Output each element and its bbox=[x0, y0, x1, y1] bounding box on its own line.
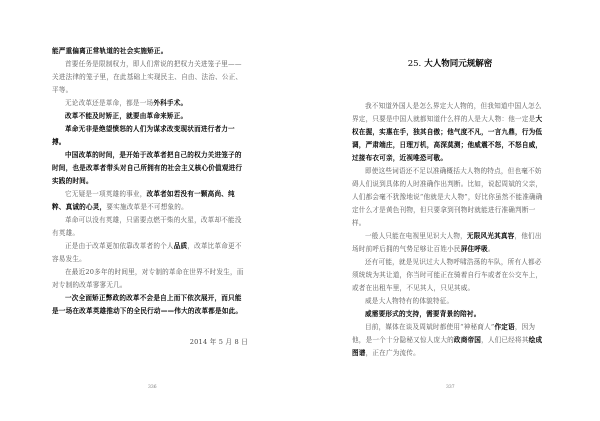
chapter-title: 25.大人物同元规解密 bbox=[300, 57, 600, 69]
bold-text: 作定语 bbox=[494, 323, 514, 331]
paragraph: 一般人只能在电视里见识大人物，无限风光其真容，他们出场时前呼后拥的气势足够让百姓… bbox=[352, 230, 548, 256]
plain-text: 一般人只能在电视里见识大人物， bbox=[365, 232, 467, 240]
bold-text: 政商帝国 bbox=[454, 336, 481, 344]
chapter-title-text: 大人物同元规解密 bbox=[424, 59, 492, 69]
paragraph: 威是大人物特有的体貌特征。 bbox=[352, 295, 548, 308]
paragraph: 能严重偏离正常轨道的社会实施矫正。 bbox=[52, 45, 248, 58]
paragraph: 正是由于改革更加依靠改革者的个人品质，改革比革命更不容易发生。 bbox=[52, 240, 248, 266]
page-number: 337 bbox=[446, 385, 455, 390]
paragraph: 我不知道外国人是怎么界定大人物的，但我知道中国人怎么界定，只要是中国人就都知道什… bbox=[352, 100, 548, 165]
plain-text: 它无疑是一项英雄的事业， bbox=[65, 190, 147, 198]
bold-text: 品质 bbox=[174, 242, 188, 250]
date-line: 2014 年 5 月 8 日 bbox=[52, 336, 248, 349]
bold-text: 无限风光其真容 bbox=[467, 232, 515, 240]
paragraph: 首要任务是限制权力，即人们常说的把权力关进笼子里——关进法律的笼子里，在此基础上… bbox=[52, 58, 248, 97]
paragraph: 中国改革的时间，是开始于改革者把自己的权力关进笼子的时间，也是改革者带头对自己所… bbox=[52, 149, 248, 188]
paragraph: 威需要形式的支持，需要背景的陪衬。 bbox=[352, 308, 548, 321]
plain-text: ，正在广为流传。 bbox=[366, 349, 420, 357]
paragraph: 还有可能，就是见识过大人物呼啸浩荡的车队，所有人都必须统统为其让道，你当时可能正… bbox=[352, 256, 548, 295]
plain-text: 无论改革还是革命，都是一场 bbox=[65, 99, 153, 107]
right-page-body: 我不知道外国人是怎么界定大人物的，但我知道中国人怎么界定，只要是中国人就都知道什… bbox=[352, 100, 548, 360]
left-page: 能严重偏离正常轨道的社会实施矫正。 首要任务是限制权力，即人们常说的把权力关进笼… bbox=[0, 0, 300, 421]
bold-text: 屏住呼吸 bbox=[461, 245, 488, 253]
chapter-number: 25. bbox=[408, 59, 422, 69]
plain-text: 我不知道外国人是怎么界定大人物的，但我知道中国人怎么界定，只要是中国人就都知道什… bbox=[352, 102, 542, 123]
paragraph: 无论改革还是革命，都是一场外科手术。 bbox=[52, 97, 248, 110]
paragraph: 目前，媒体在谈及周斌时都使用“神秘商人”作定语，因为他，是一个十分隐秘又惊人庞大… bbox=[352, 321, 548, 360]
paragraph: 即使这些词语还不足以准确概括大人物的特点，但也毫不妨碍人们说到具体的人时准确作出… bbox=[352, 165, 548, 230]
plain-text: ，人们已经将其 bbox=[481, 336, 529, 344]
bold-text: 外科手术。 bbox=[153, 99, 187, 107]
right-page: 25.大人物同元规解密 我不知道外国人是怎么界定大人物的，但我知道中国人怎么界定… bbox=[300, 0, 600, 421]
plain-text: 目前，媒体在谈及周斌时都使用“神秘商人” bbox=[365, 323, 494, 331]
plain-text: 。 bbox=[488, 245, 495, 253]
plain-text: 要实施改革是不可想象的。 bbox=[106, 203, 188, 211]
paragraph: 革命可以没有英雄，只需要点燃干柴的火星，改革却不能没有英雄。 bbox=[52, 214, 248, 240]
plain-text: 正是由于改革更加依靠改革者的个人 bbox=[65, 242, 174, 250]
paragraph: 革命无非是绝望愤怒的人们为谋求改变现状而进行者力一搏。 bbox=[52, 123, 248, 149]
left-page-body: 能严重偏离正常轨道的社会实施矫正。 首要任务是限制权力，即人们常说的把权力关进笼… bbox=[52, 45, 248, 349]
paragraph: 改革不能及时矫正，就要由革命来矫正。 bbox=[52, 110, 248, 123]
page-number: 336 bbox=[148, 385, 157, 390]
paragraph: 一次全面矫正弊政的改革不会是自上而下依次展开，而只能是一场在改革英雄推动下的全民… bbox=[52, 292, 248, 318]
paragraph: 在最近20多年的时间里，对专制的革命在世界不时发生，而对专制的改革寥寥无几。 bbox=[52, 266, 248, 292]
paragraph: 它无疑是一项英雄的事业，改革者如若没有一颗高尚、纯粹、真诚的心灵，要实施改革是不… bbox=[52, 188, 248, 214]
